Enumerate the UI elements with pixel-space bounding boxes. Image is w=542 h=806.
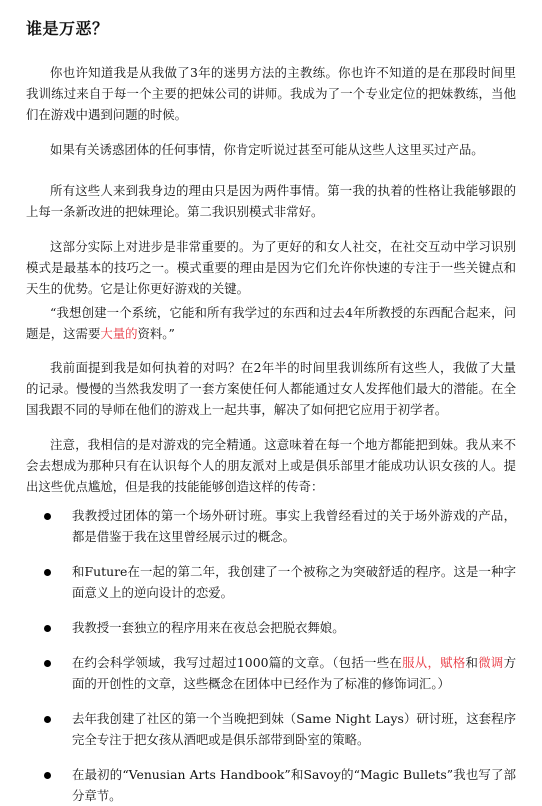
- bullet-icon: [44, 569, 51, 576]
- bullet-icon: [44, 513, 51, 520]
- list-item-text: 去年我创建了社区的第一个当晚把到妹（Same Night Lays）研讨班，这套…: [72, 708, 516, 750]
- paragraph-3: 所有这些人来到我身边的理由只是因为两件事情。第一我的执着的性格让我能够跟的上每一…: [26, 180, 516, 222]
- paragraph-5: 我前面提到我是如何执着的对吗？在2年半的时间里我训练所有这些人，我做了大量的记录…: [26, 357, 516, 420]
- bullet-icon: [44, 660, 51, 667]
- quote-highlight: 大量的: [100, 326, 137, 341]
- page-title: 谁是万恶？: [26, 16, 109, 39]
- quote-paragraph: “我想创建一个系统，它能和所有我学过的东西和过去4年所教授的东西配合起来，问题是…: [26, 302, 516, 344]
- highlight-text: 微调: [478, 655, 503, 670]
- paragraph-6: 注意，我相信的是对游戏的完全精通。这意味着在每一个地方都能把到妹。我从来不会去想…: [26, 434, 516, 497]
- highlight-text: 服从，赋格: [402, 655, 465, 670]
- bullet-icon: [44, 772, 51, 779]
- paragraph-4: 这部分实际上对进步是非常重要的。为了更好的和女人社交，在社交互动中学习识别模式是…: [26, 236, 516, 299]
- list-item-text: 我教授过团体的第一个场外研讨班。事实上我曾经看过的关于场外游戏的产品，都是借鉴于…: [72, 505, 516, 547]
- list-item-text: 在约会科学领域，我写过超过1000篇的文章。（包括一些在服从，赋格和微调方面的开…: [72, 652, 516, 694]
- paragraph-1: 你也许知道我是从我做了3年的迷男方法的主教练。你也许不知道的是在那段时间里我训练…: [26, 62, 516, 125]
- list-item-text: 和Future在一起的第二年，我创建了一个被称之为突破舒适的程序。这是一种字面意…: [72, 561, 516, 603]
- paragraph-2: 如果有关诱惑团体的任何事情，你肯定听说过甚至可能从这些人这里买过产品。: [26, 139, 516, 160]
- list-item-text: 我教授一套独立的程序用来在夜总会把脱衣舞娘。: [72, 617, 516, 638]
- text: 在约会科学领域，我写过超过1000篇的文章。（包括一些在: [72, 655, 402, 670]
- text: 和: [466, 655, 479, 670]
- bullet-icon: [44, 716, 51, 723]
- list-item-text: 在最初的“Venusian Arts Handbook”和Savoy的“Magi…: [72, 764, 516, 806]
- bullet-icon: [44, 625, 51, 632]
- quote-text-end: 资料。”: [138, 326, 175, 341]
